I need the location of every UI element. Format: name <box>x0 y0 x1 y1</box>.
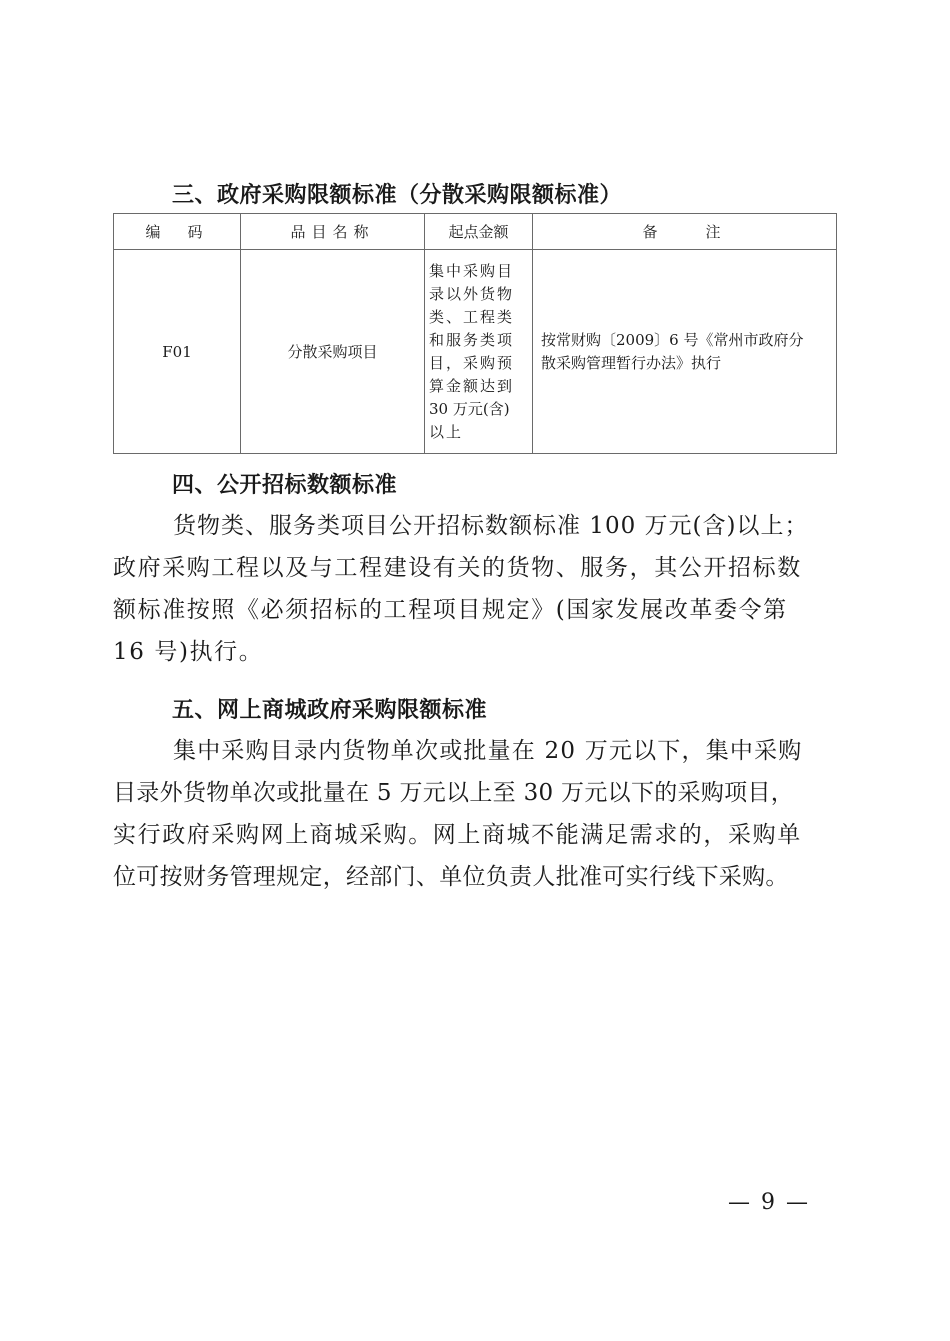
section-5-body: 集中采购目录内货物单次或批量在 20 万元以下，集中采购 目录外货物单次或批量在… <box>113 730 837 898</box>
section-5-heading: 五、网上商城政府采购限额标准 <box>172 693 487 724</box>
amount-line: 集中采购目 <box>429 260 528 283</box>
cell-remark: 按常财购〔2009〕6 号《常州市政府分 散采购管理暂行办法》执行 <box>533 250 837 454</box>
cell-start-amount: 集中采购目 录以外货物 类、工程类 和服务类项 目，采购预 算金额达到 30 万… <box>425 250 533 454</box>
paragraph-line: 额标准按照《必须招标的工程项目规定》(国家发展改革委令第 <box>113 589 837 631</box>
amount-line: 以上 <box>429 421 528 444</box>
table-row: F01 分散采购项目 集中采购目 录以外货物 类、工程类 和服务类项 目，采购预… <box>114 250 837 454</box>
paragraph-line: 目录外货物单次或批量在 5 万元以上至 30 万元以下的采购项目， <box>113 772 837 814</box>
amount-line: 类、工程类 <box>429 306 528 329</box>
header-code: 编 码 <box>114 214 241 250</box>
amount-line: 30 万元(含) <box>429 398 528 421</box>
paragraph-line: 16 号)执行。 <box>113 631 837 673</box>
section-3-heading: 三、政府采购限额标准（分散采购限额标准） <box>172 178 622 209</box>
header-start-amount: 起点金额 <box>425 214 533 250</box>
cell-item-name: 分散采购项目 <box>241 250 425 454</box>
section-4-body: 货物类、服务类项目公开招标数额标准 100 万元(含)以上； 政府采购工程以及与… <box>113 505 837 673</box>
amount-line: 和服务类项 <box>429 329 528 352</box>
paragraph-line: 位可按财务管理规定，经部门、单位负责人批准可实行线下采购。 <box>113 856 837 898</box>
paragraph-line: 政府采购工程以及与工程建设有关的货物、服务，其公开招标数 <box>113 547 837 589</box>
table-header-row: 编 码 品目名称 起点金额 备 注 <box>114 214 837 250</box>
amount-line: 算金额达到 <box>429 375 528 398</box>
amount-line: 录以外货物 <box>429 283 528 306</box>
page-number: — 9 — <box>728 1190 810 1215</box>
cell-code: F01 <box>114 250 241 454</box>
header-item-name: 品目名称 <box>241 214 425 250</box>
paragraph-line: 货物类、服务类项目公开招标数额标准 100 万元(含)以上； <box>113 505 837 547</box>
header-remark: 备 注 <box>533 214 837 250</box>
procurement-threshold-table: 编 码 品目名称 起点金额 备 注 F01 分散采购项目 集中采购目 录以外货物… <box>113 213 837 454</box>
section-4-heading: 四、公开招标数额标准 <box>172 468 397 499</box>
remark-line: 按常财购〔2009〕6 号《常州市政府分 <box>541 329 828 352</box>
remark-line: 散采购管理暂行办法》执行 <box>541 352 828 375</box>
paragraph-line: 实行政府采购网上商城采购。网上商城不能满足需求的，采购单 <box>113 814 837 856</box>
paragraph-line: 集中采购目录内货物单次或批量在 20 万元以下，集中采购 <box>113 730 837 772</box>
amount-line: 目，采购预 <box>429 352 528 375</box>
